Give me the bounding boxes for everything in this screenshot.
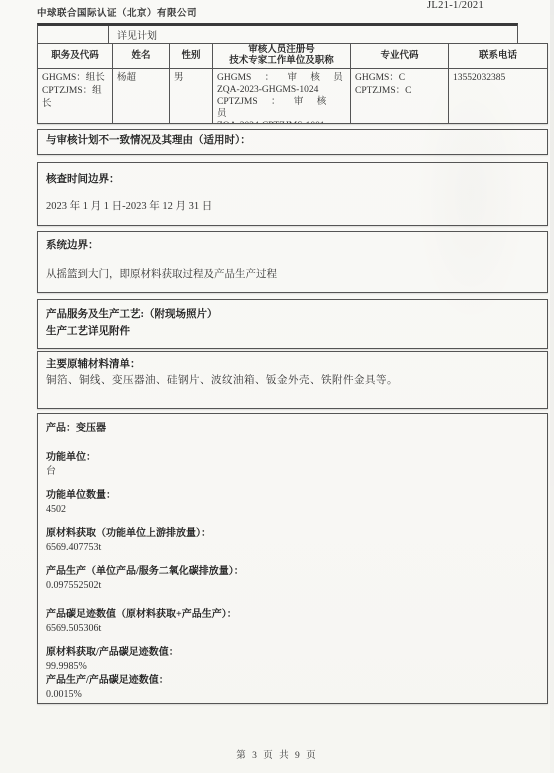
header-role-code: 职务及代码 — [38, 44, 113, 68]
production-process-value: 生产工艺详见附件 — [46, 324, 539, 339]
section-plan-deviation: 与审核计划不一致情况及其理由（适用时）： — [37, 129, 548, 155]
section-materials-list: 主要原辅材料清单： 铜箔、铜线、变压器油、硅钢片、波纹油箱、钣金外壳、铁附件金具… — [37, 351, 548, 409]
section-product-carbon-footprint: 产品：变压器功能单位：台功能单位数量：4502原材料获取（功能单位上游排放量）：… — [37, 413, 548, 704]
section-system-boundary: 系统边界： 从摇篮到大门，即原材料获取过程及产品生产过程 — [37, 231, 548, 293]
product-data-line: 原材料获取（功能单位上游排放量）： — [46, 527, 539, 541]
registration-line: ZQA-2023-GHGMS-1024 — [217, 84, 346, 96]
product-data-line: 6569.407753t — [46, 541, 539, 555]
production-process-label: 产品服务及生产工艺:（附现场照片） — [46, 307, 539, 322]
header-specialty-code: 专业代码 — [351, 44, 449, 68]
system-boundary-value: 从摇篮到大门，即原材料获取过程及产品生产过程 — [46, 268, 539, 281]
section-time-boundary: 核查时间边界： 2023 年 1 月 1 日-2023 年 12 月 31 日 — [37, 162, 548, 226]
document-number: JL21-1/2021 — [427, 0, 484, 11]
time-boundary-value: 2023 年 1 月 1 日-2023 年 12 月 31 日 — [46, 200, 539, 213]
product-data-line: 产品生产/产品碳足迹数值： — [46, 674, 539, 688]
system-boundary-label: 系统边界： — [46, 239, 539, 252]
plan-note-row: 详见计划 — [37, 23, 518, 43]
registration-line: ZQA-2024-CPTZJMS-1001 — [217, 120, 346, 123]
product-data-line: 0.0015% — [46, 688, 539, 702]
registration-line: GHGMS ： 审 核 员 — [217, 72, 346, 84]
product-data-line: 99.9985% — [46, 660, 539, 674]
cell-name: 杨超 — [113, 69, 170, 123]
product-data-line: 功能单位： — [46, 451, 539, 465]
deviation-label: 与审核计划不一致情况及其理由（适用时）： — [46, 134, 539, 147]
header-gender: 性别 — [170, 44, 213, 68]
personnel-table-data-row: GHGMS：组长 CPTZJMS：组长 杨超 男 GHGMS ： 审 核 员ZQ… — [38, 69, 547, 123]
plan-empty-cell — [38, 26, 109, 43]
product-data-line: 产品：变压器 — [46, 422, 539, 436]
materials-value: 铜箔、铜线、变压器油、硅钢片、波纹油箱、钣金外壳、铁附件金具等。 — [46, 374, 539, 388]
cell-phone: 13552032385 — [449, 69, 547, 123]
product-data-line: 台 — [46, 465, 539, 479]
scanned-audit-document-page: 中球联合国际认证（北京）有限公司 JL21-1/2021 详见计划 职务及代码 … — [0, 0, 554, 773]
company-name: 中球联合国际认证（北京）有限公司 — [37, 5, 197, 19]
product-data-line: 功能单位数量： — [46, 489, 539, 503]
plan-note: 详见计划 — [109, 26, 517, 43]
time-boundary-label: 核查时间边界： — [46, 173, 539, 186]
product-data-line: 6569.505306t — [46, 622, 539, 636]
cell-registration: GHGMS ： 审 核 员ZQA-2023-GHGMS-1024CPTZJMS … — [213, 69, 351, 123]
section-production-process: 产品服务及生产工艺:（附现场照片） 生产工艺详见附件 — [37, 299, 548, 349]
cell-gender: 男 — [170, 69, 213, 123]
header-registration: 审核人员注册号 技术专家工作单位及职称 — [213, 44, 351, 68]
header-name: 姓名 — [113, 44, 170, 68]
materials-label: 主要原辅材料清单： — [46, 358, 539, 371]
product-data-line: 原材料获取/产品碳足迹数值： — [46, 646, 539, 660]
cell-role-codes: GHGMS：组长 CPTZJMS：组长 — [38, 69, 113, 123]
personnel-table-header-row: 职务及代码 姓名 性别 审核人员注册号 技术专家工作单位及职称 专业代码 联系电… — [38, 44, 547, 69]
registration-line: CPTZJMS ： 审 核 员 — [217, 96, 346, 120]
product-data-line: 0.097552502t — [46, 579, 539, 593]
personnel-table: 职务及代码 姓名 性别 审核人员注册号 技术专家工作单位及职称 专业代码 联系电… — [37, 43, 548, 124]
cell-specialty-codes: GHGMS：C CPTZJMS：C — [351, 69, 449, 123]
product-data-line: 产品碳足迹数值（原材料获取+产品生产）： — [46, 608, 539, 622]
page-number: 第 3 页 共 9 页 — [0, 747, 554, 761]
header-phone: 联系电话 — [449, 44, 547, 68]
product-data-line: 4502 — [46, 503, 539, 517]
product-data-line: 产品生产（单位产品/服务二氧化碳排放量）： — [46, 565, 539, 579]
